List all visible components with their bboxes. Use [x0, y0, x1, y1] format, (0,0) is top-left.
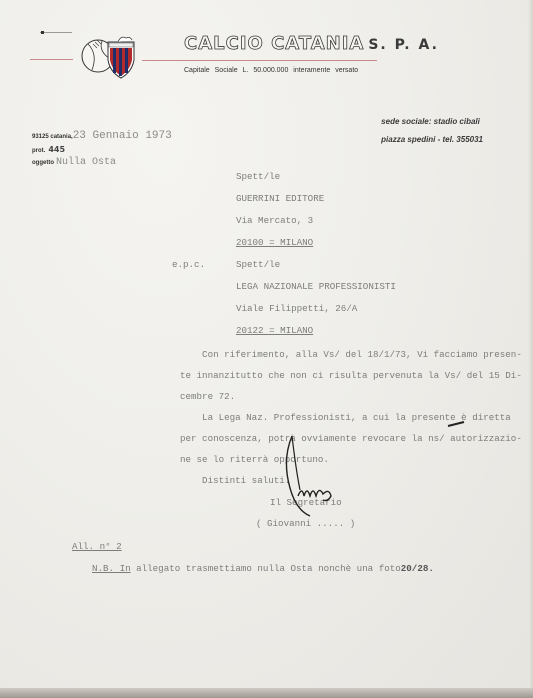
recipient-2-line-2: LEGA NAZIONALE PROFESSIONISTI — [236, 281, 396, 292]
body-line-3: cembre 72. — [180, 391, 235, 402]
nb-label: N.B. In — [92, 563, 131, 574]
nb-note: N.B. In allegato trasmettiamo nulla Osta… — [92, 563, 434, 574]
punch-dot — [41, 31, 44, 34]
oggetto-label: oggetto — [32, 160, 54, 166]
letterhead-rule-right — [142, 60, 377, 61]
oggetto-value: Nulla Osta — [56, 157, 116, 168]
sede-line-2: piazza spedini - tel. 355031 — [381, 131, 483, 149]
recipient-2-line-4: 20122 = MILANO — [236, 325, 341, 336]
body-line-7: Distinti saluti. — [180, 475, 290, 486]
punch-mark — [40, 32, 72, 33]
letter-date: 23 Gennaio 1973 — [73, 130, 172, 142]
letter-page: CALCIO CATANIAS. P. A. Capitale Sociale … — [0, 0, 533, 698]
recipient-2-line-1: Spett/le — [236, 259, 280, 270]
company-suffix: S. P. A. — [368, 37, 439, 53]
recipient-2-line-3: Viale Filippetti, 26/A — [236, 303, 357, 314]
recipient-1-line-3: Via Mercato, 3 — [236, 215, 313, 226]
ink-accent-mark — [446, 420, 466, 428]
recipient-1-line-1: Spett/le — [236, 171, 280, 182]
letterhead-rule-left — [30, 59, 73, 60]
calcio-catania-logo-icon — [78, 30, 138, 80]
body-line-2: te innanzitutto che non ci risulta perve… — [180, 370, 522, 381]
registered-office: sede sociale: stadio cibali piazza spedi… — [381, 113, 483, 149]
capital-line: Capitale Sociale L. 50.000.000 interamen… — [184, 67, 358, 74]
recipient-1-line-2: GUERRINI EDITORE — [236, 193, 324, 204]
page-edge-right — [528, 0, 533, 698]
epc-label: e.p.c. — [172, 259, 205, 270]
body-line-1: Con riferimento, alla Vs/ del 18/1/73, V… — [180, 349, 522, 360]
oggetto-row: oggettoNulla Osta — [32, 151, 116, 169]
company-name-text: CALCIO CATANIA — [184, 33, 364, 54]
nb-text: allegato trasmettiamo nulla Osta nonchè … — [131, 563, 401, 574]
sede-line-1: sede sociale: stadio cibali — [381, 113, 483, 131]
page-edge-bottom — [0, 688, 533, 698]
handwritten-signature-icon — [280, 430, 380, 520]
company-name: CALCIO CATANIAS. P. A. — [184, 33, 439, 54]
attachments-count: All. n° 2 — [72, 541, 132, 552]
photo-number: 20/28. — [401, 563, 434, 574]
recipient-1-line-4: 20100 = MILANO — [236, 237, 341, 248]
